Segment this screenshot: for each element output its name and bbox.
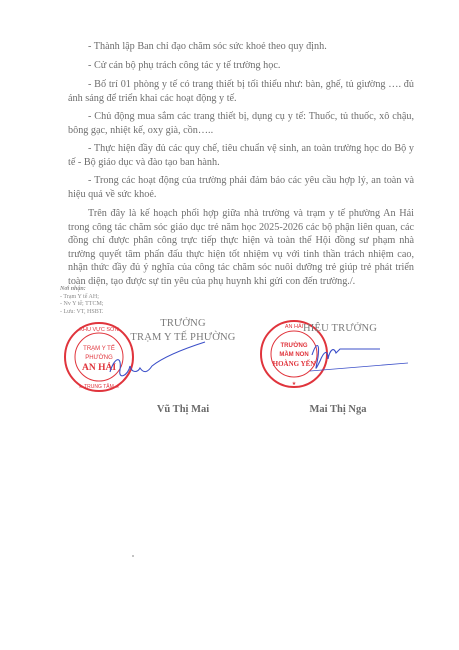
- recipients-title: Nơi nhận:: [60, 286, 103, 294]
- item-text: - Cử cán bộ phụ trách công tác y tế trườ…: [88, 60, 280, 71]
- document-page: - Thành lập Ban chỉ đạo chăm sóc sức kho…: [0, 0, 459, 650]
- svg-text:MẦM NON: MẦM NON: [279, 351, 308, 358]
- item-text: - Thành lập Ban chỉ đạo chăm sóc sức kho…: [88, 41, 327, 52]
- item-medical-room: - Bố trí 01 phòng y tế có trang thiết bị…: [68, 78, 414, 105]
- item-text: - Trong các hoạt động của trường phải đả…: [68, 175, 414, 200]
- item-assign-staff: - Cử cán bộ phụ trách công tác y tế trườ…: [68, 59, 414, 73]
- left-signature: [100, 340, 210, 385]
- svg-text:KHU VỰC SƠN: KHU VỰC SƠN: [79, 327, 118, 333]
- scan-speck: [132, 555, 134, 557]
- conclusion-text: Trên đây là kế hoạch phối hợp giữa nhà t…: [68, 208, 414, 287]
- right-signature: [310, 335, 410, 375]
- right-signer-title: HIỆU TRƯỞNG: [290, 322, 390, 336]
- item-text: - Thực hiện đầy đủ các quy chế, tiêu chu…: [68, 143, 414, 168]
- recipient-item: - Trạm Y tế AH;: [60, 294, 103, 302]
- item-hygiene-standards: - Thực hiện đầy đủ các quy chế, tiêu chu…: [68, 142, 414, 169]
- item-text: - Chủ động mua sắm các trang thiết bị, d…: [68, 111, 414, 136]
- conclusion-paragraph: Trên đây là kế hoạch phối hợp giữa nhà t…: [68, 207, 414, 289]
- right-signer-name: Mai Thị Nga: [283, 404, 393, 415]
- recipients-block: Nơi nhận: - Trạm Y tế AH; - Nv Y tế; TTC…: [60, 286, 103, 316]
- recipient-item: - Nv Y tế; TTCM;: [60, 301, 103, 309]
- recipient-item: - Lưu: VT, HSBT.: [60, 309, 103, 317]
- item-steering-committee: - Thành lập Ban chỉ đạo chăm sóc sức kho…: [68, 40, 414, 54]
- svg-text:★: ★: [292, 381, 297, 387]
- svg-text:HOÀNG YẾN: HOÀNG YẾN: [273, 360, 316, 368]
- item-text: - Bố trí 01 phòng y tế có trang thiết bị…: [68, 79, 414, 104]
- signer-title-line: TRƯỞNG: [118, 317, 248, 331]
- left-signer-name: Vũ Thị Mai: [118, 404, 248, 415]
- svg-text:TRƯỜNG: TRƯỜNG: [280, 341, 307, 349]
- item-procure-equipment: - Chủ động mua sắm các trang thiết bị, d…: [68, 110, 414, 137]
- item-health-safety: - Trong các hoạt động của trường phải đả…: [68, 174, 414, 201]
